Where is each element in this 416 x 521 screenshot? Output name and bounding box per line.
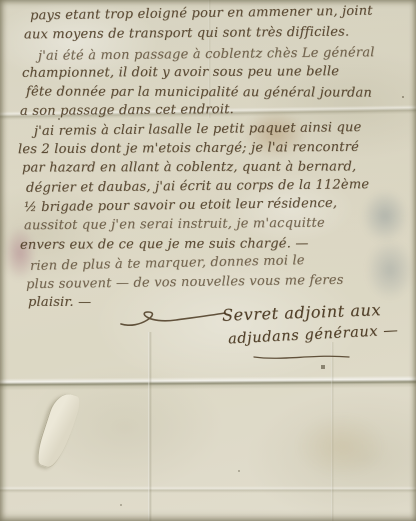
letter-page: pays etant trop eloigné pour en ammener … (0, 0, 416, 521)
paper-edge-shadow (0, 0, 416, 521)
